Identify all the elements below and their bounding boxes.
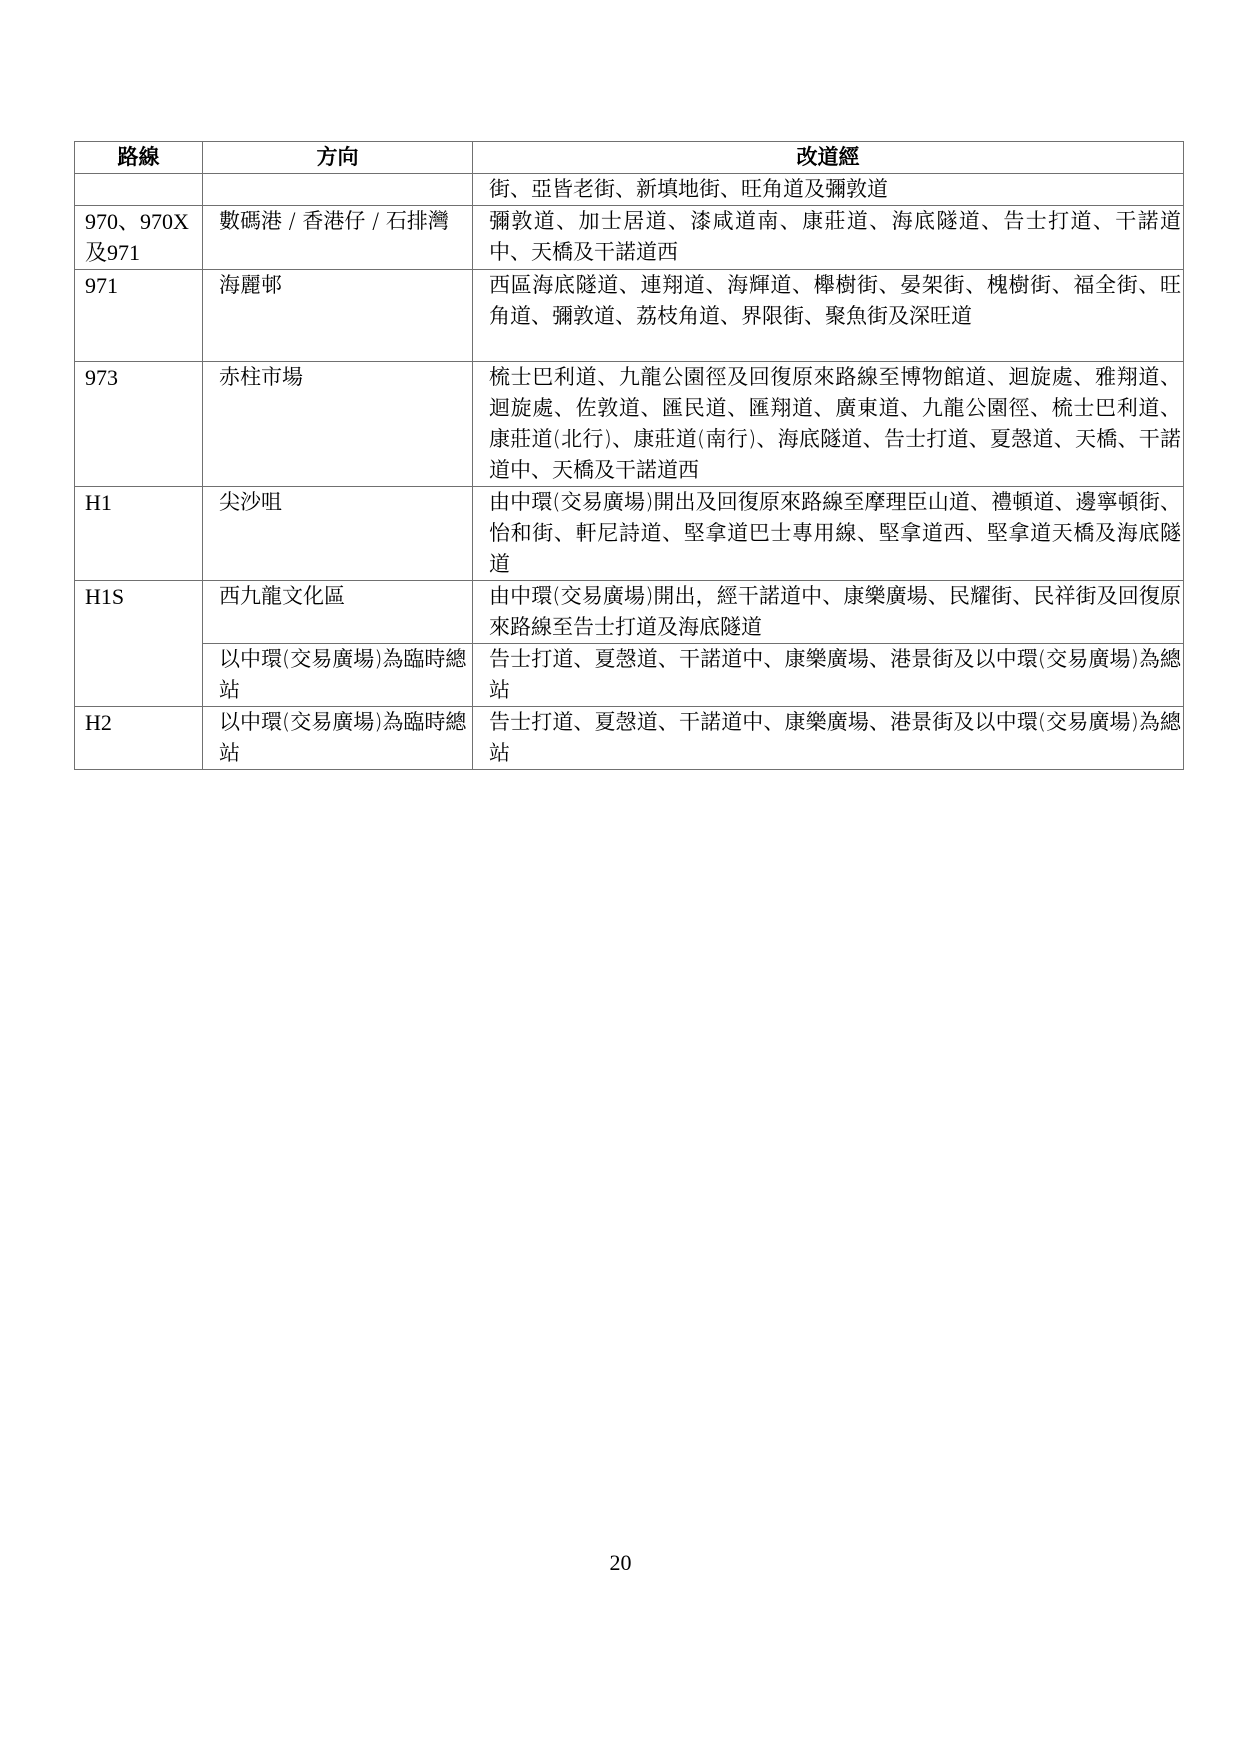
route-cell: H1 xyxy=(75,487,203,581)
table-row: 971 海麗邨 西區海底隧道、連翔道、海輝道、櫸樹街、晏架街、槐樹街、福全街、旺… xyxy=(75,270,1184,362)
table-row: H1S 西九龍文化區 由中環(交易廣場)開出，經干諾道中、康樂廣場、民耀街、民祥… xyxy=(75,581,1184,644)
table-row: H1 尖沙咀 由中環(交易廣場)開出及回復原來路線至摩理臣山道、禮頓道、邊寧頓街… xyxy=(75,487,1184,581)
route-cell: H1S xyxy=(75,581,203,707)
diversion-cell: 告士打道、夏愨道、干諾道中、康樂廣場、港景街及以中環(交易廣場)為總站 xyxy=(473,707,1184,770)
table-row: 以中環(交易廣場)為臨時總站 告士打道、夏愨道、干諾道中、康樂廣場、港景街及以中… xyxy=(75,644,1184,707)
diversion-cell: 街、亞皆老街、新填地街、旺角道及彌敦道 xyxy=(473,174,1184,206)
diversion-cell: 梳士巴利道、九龍公園徑及回復原來路線至博物館道、迴旋處、雅翔道、迴旋處、佐敦道、… xyxy=(473,362,1184,487)
direction-cell: 赤柱市場 xyxy=(203,362,473,487)
direction-cell: 以中環(交易廣場)為臨時總站 xyxy=(203,644,473,707)
page-number: 20 xyxy=(0,1550,1241,1576)
direction-cell: 數碼港 / 香港仔 / 石排灣 xyxy=(203,206,473,270)
route-cell: 970、970X及971 xyxy=(75,206,203,270)
direction-cell: 海麗邨 xyxy=(203,270,473,362)
diversion-cell: 告士打道、夏愨道、干諾道中、康樂廣場、港景街及以中環(交易廣場)為總站 xyxy=(473,644,1184,707)
document-page: 路線 方向 改道經 街、亞皆老街、新填地街、旺角道及彌敦道 970、970X及9… xyxy=(0,0,1241,1755)
table-header-row: 路線 方向 改道經 xyxy=(75,142,1184,174)
direction-cell: 西九龍文化區 xyxy=(203,581,473,644)
header-route: 路線 xyxy=(75,142,203,174)
route-label: 970、970X及971 xyxy=(85,209,189,265)
route-cell: 971 xyxy=(75,270,203,362)
direction-cell: 尖沙咀 xyxy=(203,487,473,581)
route-diversion-table: 路線 方向 改道經 街、亞皆老街、新填地街、旺角道及彌敦道 970、970X及9… xyxy=(74,141,1184,770)
header-diversion: 改道經 xyxy=(473,142,1184,174)
route-cell: H2 xyxy=(75,707,203,770)
table-row: 973 赤柱市場 梳士巴利道、九龍公園徑及回復原來路線至博物館道、迴旋處、雅翔道… xyxy=(75,362,1184,487)
diversion-cell: 由中環(交易廣場)開出及回復原來路線至摩理臣山道、禮頓道、邊寧頓街、怡和街、軒尼… xyxy=(473,487,1184,581)
table-row: 970、970X及971 數碼港 / 香港仔 / 石排灣 彌敦道、加士居道、漆咸… xyxy=(75,206,1184,270)
header-direction: 方向 xyxy=(203,142,473,174)
table-row: H2 以中環(交易廣場)為臨時總站 告士打道、夏愨道、干諾道中、康樂廣場、港景街… xyxy=(75,707,1184,770)
diversion-cell: 由中環(交易廣場)開出，經干諾道中、康樂廣場、民耀街、民祥街及回復原來路線至告士… xyxy=(473,581,1184,644)
diversion-cell: 彌敦道、加士居道、漆咸道南、康莊道、海底隧道、告士打道、干諾道中、天橋及干諾道西 xyxy=(473,206,1184,270)
route-cell: 973 xyxy=(75,362,203,487)
route-cell xyxy=(75,174,203,206)
direction-cell: 以中環(交易廣場)為臨時總站 xyxy=(203,707,473,770)
direction-cell xyxy=(203,174,473,206)
diversion-cell: 西區海底隧道、連翔道、海輝道、櫸樹街、晏架街、槐樹街、福全街、旺角道、彌敦道、荔… xyxy=(473,270,1184,362)
table-row: 街、亞皆老街、新填地街、旺角道及彌敦道 xyxy=(75,174,1184,206)
